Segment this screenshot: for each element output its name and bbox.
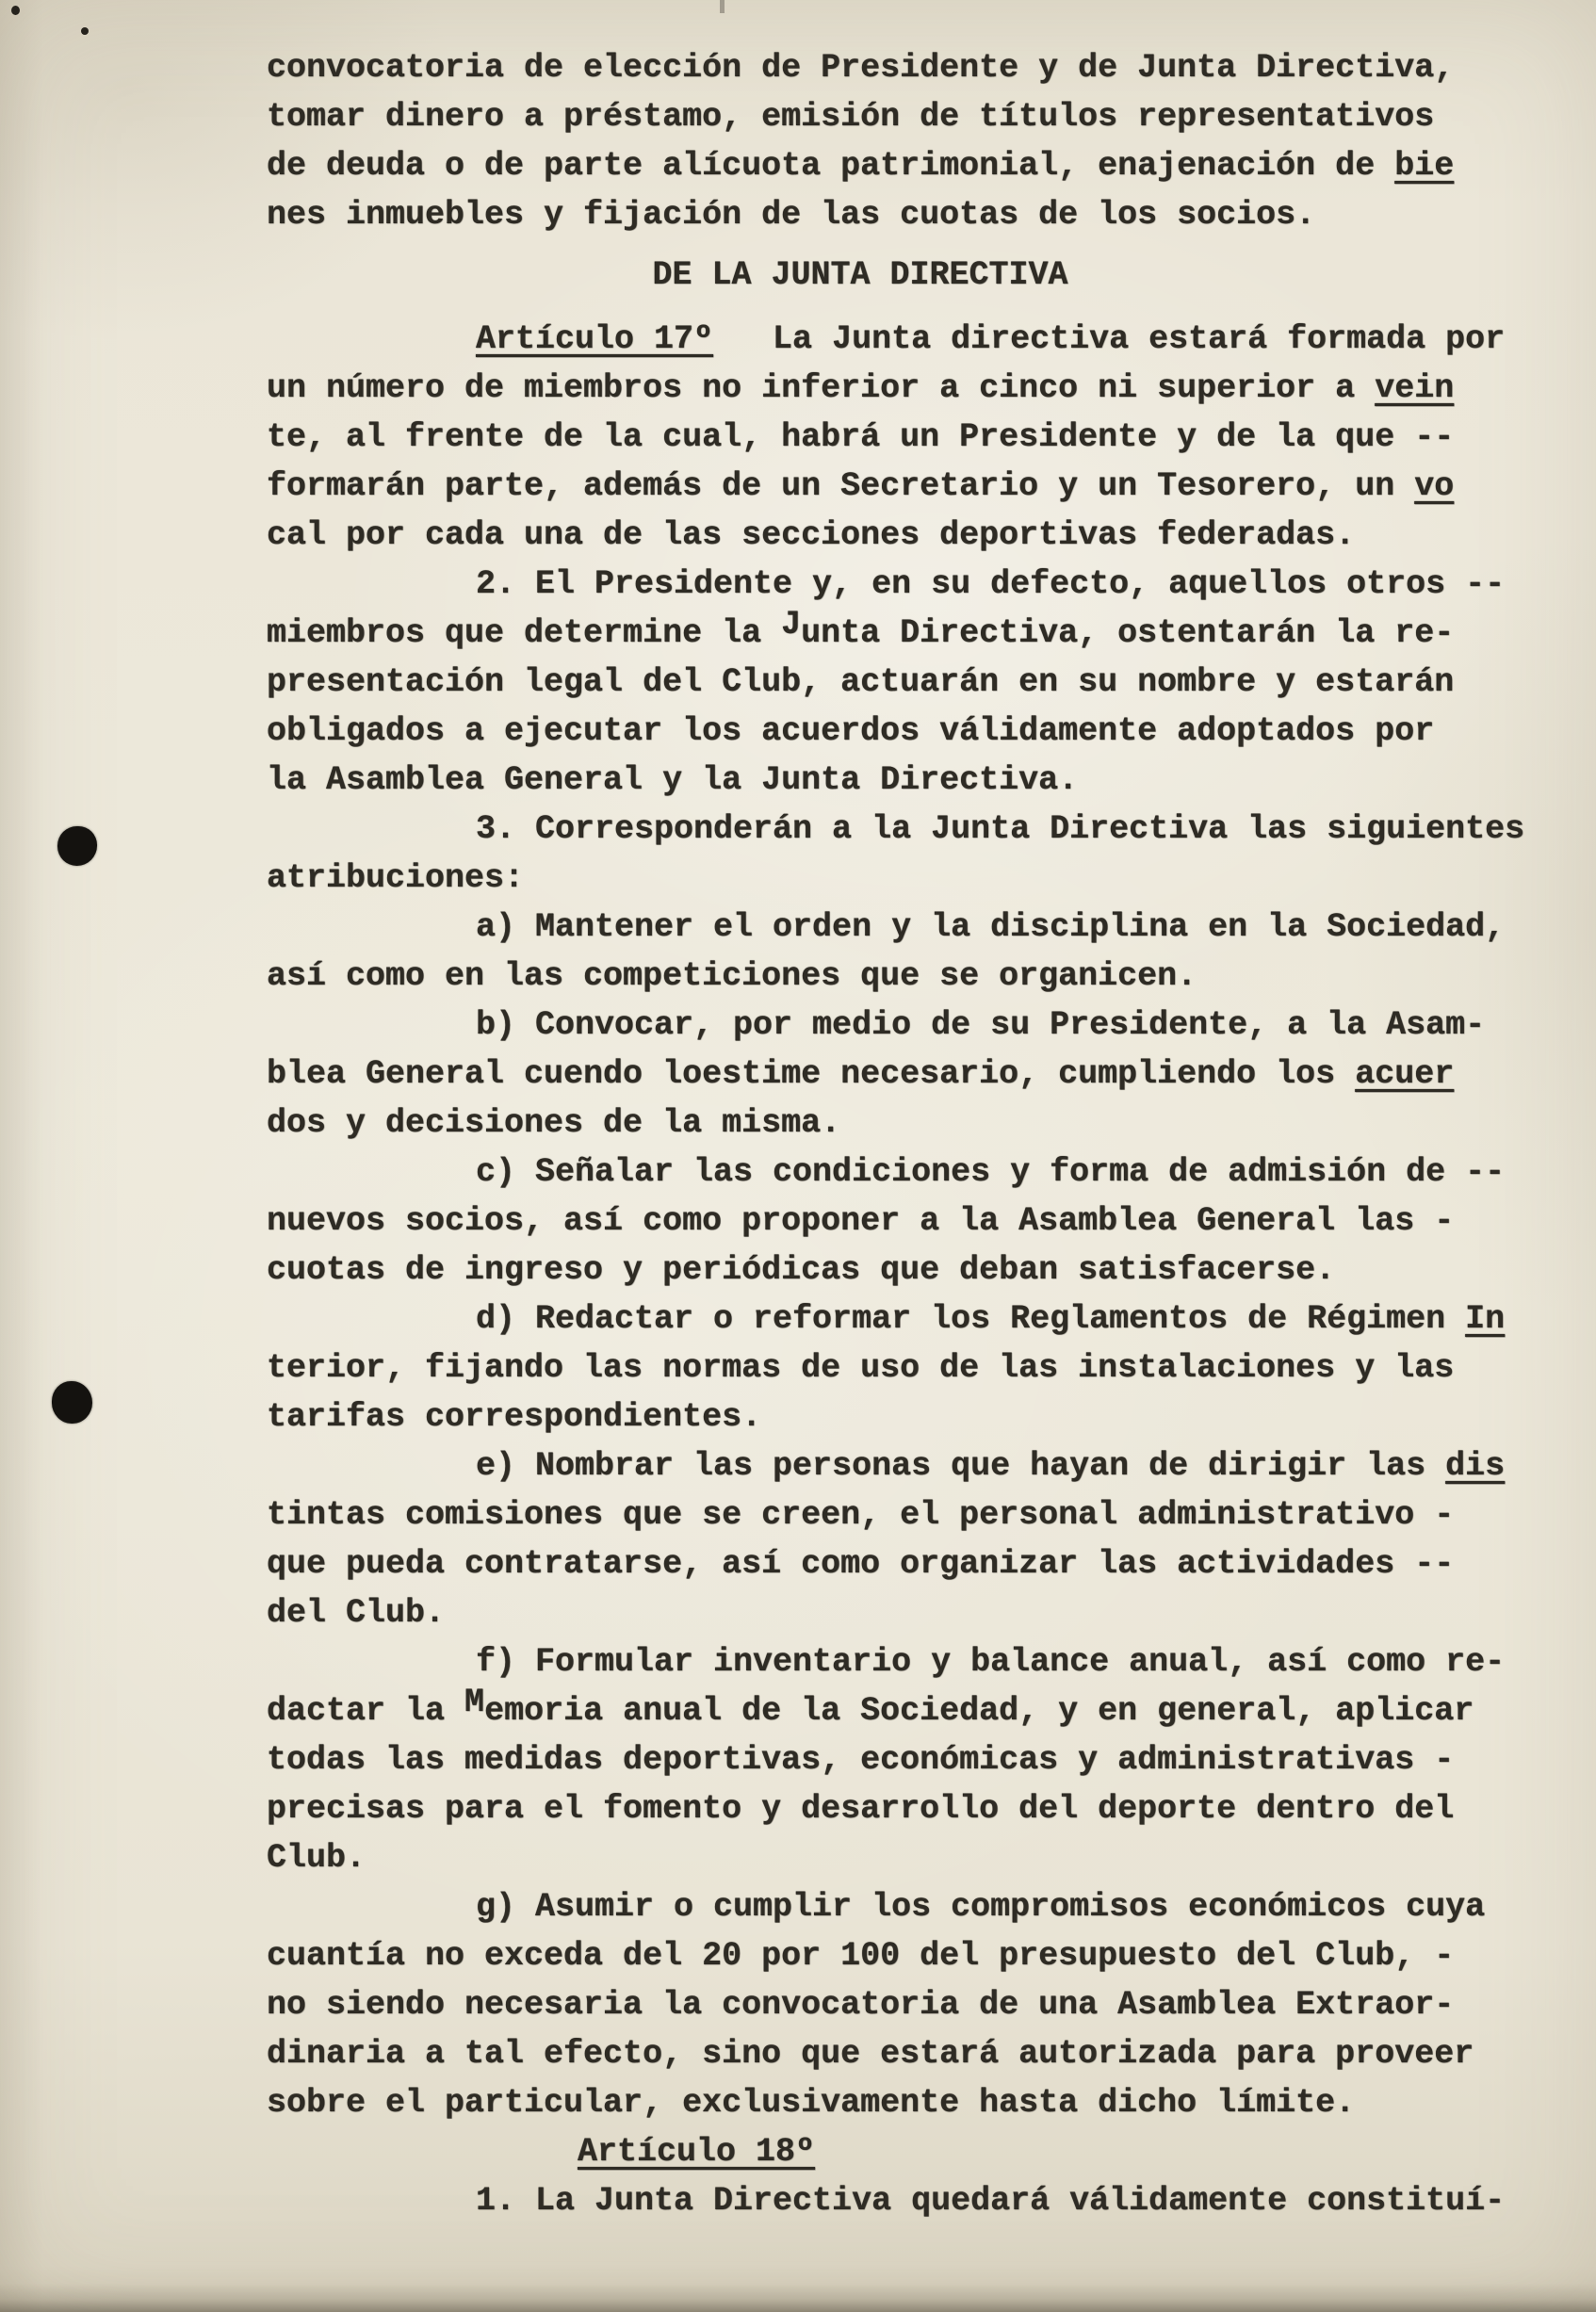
text-line: e) Nombrar las personas que hayan de dir…: [267, 1441, 1520, 1490]
text-segment: así como en las competiciones que se org…: [267, 957, 1197, 995]
text-line: dactar la Memoria anual de la Sociedad, …: [267, 1686, 1520, 1735]
text-line: atribuciones:: [267, 854, 1520, 903]
scanned-document-page: convocatoria de elección de Presidente y…: [0, 0, 1596, 2312]
text-line: nes inmuebles y fijación de las cuotas d…: [267, 190, 1520, 239]
text-line: nuevos socios, así como proponer a la As…: [267, 1197, 1520, 1246]
text-line: miembros que determine la Junta Directiv…: [267, 609, 1520, 658]
text-segment: nes inmuebles y fijación de las cuotas d…: [267, 196, 1315, 234]
text-line: un número de miembros no inferior a cinc…: [267, 364, 1520, 413]
underlined-text-segment: In: [1465, 1300, 1505, 1338]
text-segment: dos y decisiones de la misma.: [267, 1104, 840, 1142]
underlined-text-segment: dis: [1445, 1447, 1505, 1485]
text-line: a) Mantener el orden y la disciplina en …: [267, 903, 1520, 952]
text-segment: terior, fijando las normas de uso de las…: [267, 1349, 1454, 1387]
text-segment: cuotas de ingreso y periódicas que deban…: [267, 1251, 1335, 1289]
typewritten-text-block: convocatoria de elección de Presidente y…: [267, 43, 1520, 2225]
underlined-text-segment: Artículo 17º: [476, 320, 713, 358]
hole-punch-icon: [57, 826, 97, 866]
text-segment: te, al frente de la cual, habrá un Presi…: [267, 418, 1454, 456]
text-line: cuantía no exceda del 20 por 100 del pre…: [267, 1931, 1520, 1980]
text-segment: no siendo necesaria la convocatoria de u…: [267, 1986, 1454, 2024]
ink-speck: [81, 27, 89, 35]
text-segment: cuantía no exceda del 20 por 100 del pre…: [267, 1937, 1454, 1975]
text-segment: precisas para el fomento y desarrollo de…: [267, 1790, 1454, 1828]
text-line: cal por cada una de las secciones deport…: [267, 511, 1520, 560]
text-segment: La Junta directiva estará formada por: [713, 320, 1505, 358]
text-segment: dinaria a tal efecto, sino que estará au…: [267, 2035, 1474, 2073]
text-segment: b) Convocar, por medio de su Presidente,…: [476, 1006, 1485, 1044]
text-segment: cal por cada una de las secciones deport…: [267, 516, 1355, 554]
text-line: no siendo necesaria la convocatoria de u…: [267, 1980, 1520, 2029]
text-line: Artículo 18º: [267, 2127, 1520, 2176]
text-line: presentación legal del Club, actuarán en…: [267, 658, 1520, 707]
text-segment: f) Formular inventario y balance anual, …: [476, 1643, 1505, 1681]
text-line: Artículo 17º La Junta directiva estará f…: [267, 315, 1520, 364]
text-line: 3. Corresponderán a la Junta Directiva l…: [267, 805, 1520, 854]
text-line: 2. El Presidente y, en su defecto, aquel…: [267, 560, 1520, 609]
scan-mark: [720, 0, 725, 13]
text-line: formarán parte, además de un Secretario …: [267, 462, 1520, 511]
text-segment: un número de miembros no inferior a cinc…: [267, 369, 1375, 407]
text-segment: nuevos socios, así como proponer a la As…: [267, 1202, 1454, 1240]
text-segment: J: [781, 606, 801, 643]
text-line: tintas comisiones que se creen, el perso…: [267, 1490, 1520, 1539]
text-line: c) Señalar las condiciones y forma de ad…: [267, 1148, 1520, 1197]
underlined-text-segment: vein: [1375, 369, 1454, 407]
text-line: tarifas correspondientes.: [267, 1392, 1520, 1441]
text-line: dinaria a tal efecto, sino que estará au…: [267, 2029, 1520, 2078]
underlined-text-segment: bie: [1394, 147, 1454, 185]
text-segment: miembros que determine la: [267, 614, 781, 652]
text-line: del Club.: [267, 1588, 1520, 1637]
text-segment: c) Señalar las condiciones y forma de ad…: [476, 1153, 1505, 1191]
text-line: de deuda o de parte alícuota patrimonial…: [267, 141, 1520, 190]
text-segment: la Asamblea General y la Junta Directiva…: [267, 761, 1078, 799]
text-line: terior, fijando las normas de uso de las…: [267, 1343, 1520, 1392]
hole-punch-icon: [52, 1381, 92, 1424]
text-segment: blea General cuendo loestime necesario, …: [267, 1055, 1355, 1093]
text-segment: DE LA JUNTA DIRECTIVA: [652, 256, 1067, 294]
text-segment: 2. El Presidente y, en su defecto, aquel…: [476, 565, 1505, 603]
underlined-text-segment: acuer: [1355, 1055, 1454, 1093]
text-segment: g) Asumir o cumplir los compromisos econ…: [476, 1888, 1485, 1926]
text-line: te, al frente de la cual, habrá un Presi…: [267, 413, 1520, 462]
ink-speck: [11, 6, 20, 15]
scan-edge-shade: [0, 0, 43, 2312]
text-segment: 3. Corresponderán a la Junta Directiva l…: [476, 810, 1524, 848]
text-segment: a) Mantener el orden y la disciplina en …: [476, 908, 1505, 946]
text-segment: d) Redactar o reformar los Reglamentos d…: [476, 1300, 1465, 1338]
text-segment: formarán parte, además de un Secretario …: [267, 467, 1414, 505]
text-segment: tarifas correspondientes.: [267, 1398, 761, 1436]
underlined-text-segment: vo: [1414, 467, 1454, 505]
text-segment: Club.: [267, 1839, 366, 1877]
text-segment: tintas comisiones que se creen, el perso…: [267, 1496, 1454, 1534]
text-line: la Asamblea General y la Junta Directiva…: [267, 756, 1520, 805]
text-line: dos y decisiones de la misma.: [267, 1099, 1520, 1148]
text-line: Club.: [267, 1833, 1520, 1882]
text-line: que pueda contratarse, así como organiza…: [267, 1539, 1520, 1588]
text-line: obligados a ejecutar los acuerdos válida…: [267, 707, 1520, 756]
text-segment: dactar la: [267, 1692, 464, 1730]
scan-edge-shadow: [0, 2284, 1596, 2312]
text-line: blea General cuendo loestime necesario, …: [267, 1050, 1520, 1099]
text-line: convocatoria de elección de Presidente y…: [267, 43, 1520, 92]
text-segment: presentación legal del Club, actuarán en…: [267, 663, 1454, 701]
text-segment: de deuda o de parte alícuota patrimonial…: [267, 147, 1394, 185]
text-segment: obligados a ejecutar los acuerdos válida…: [267, 712, 1434, 750]
text-segment: todas las medidas deportivas, económicas…: [267, 1741, 1454, 1779]
text-line: así como en las competiciones que se org…: [267, 952, 1520, 1001]
text-line: b) Convocar, por medio de su Presidente,…: [267, 1001, 1520, 1050]
text-line: 1. La Junta Directiva quedará válidament…: [267, 2176, 1520, 2225]
text-segment: M: [464, 1684, 484, 1721]
text-segment: que pueda contratarse, así como organiza…: [267, 1545, 1454, 1583]
text-segment: convocatoria de elección de Presidente y…: [267, 49, 1454, 87]
text-line: sobre el particular, exclusivamente hast…: [267, 2078, 1520, 2127]
text-line: precisas para el fomento y desarrollo de…: [267, 1784, 1520, 1833]
text-line: d) Redactar o reformar los Reglamentos d…: [267, 1294, 1520, 1343]
text-line: g) Asumir o cumplir los compromisos econ…: [267, 1882, 1520, 1931]
text-line: todas las medidas deportivas, económicas…: [267, 1735, 1520, 1784]
text-line: cuotas de ingreso y periódicas que deban…: [267, 1246, 1520, 1294]
text-segment: del Club.: [267, 1594, 445, 1632]
text-line: f) Formular inventario y balance anual, …: [267, 1637, 1520, 1686]
text-segment: atribuciones:: [267, 859, 524, 897]
text-segment: unta Directiva, ostentarán la re-: [801, 614, 1454, 652]
text-segment: e) Nombrar las personas que hayan de dir…: [476, 1447, 1445, 1485]
text-segment: sobre el particular, exclusivamente hast…: [267, 2084, 1355, 2122]
text-segment: 1. La Junta Directiva quedará válidament…: [476, 2182, 1505, 2220]
text-line: tomar dinero a préstamo, emisión de títu…: [267, 92, 1520, 141]
underlined-text-segment: Artículo 18º: [578, 2133, 815, 2171]
text-segment: emoria anual de la Sociedad, y en genera…: [484, 1692, 1474, 1730]
section-heading: DE LA JUNTA DIRECTIVA: [267, 251, 1454, 300]
text-segment: tomar dinero a préstamo, emisión de títu…: [267, 98, 1434, 136]
